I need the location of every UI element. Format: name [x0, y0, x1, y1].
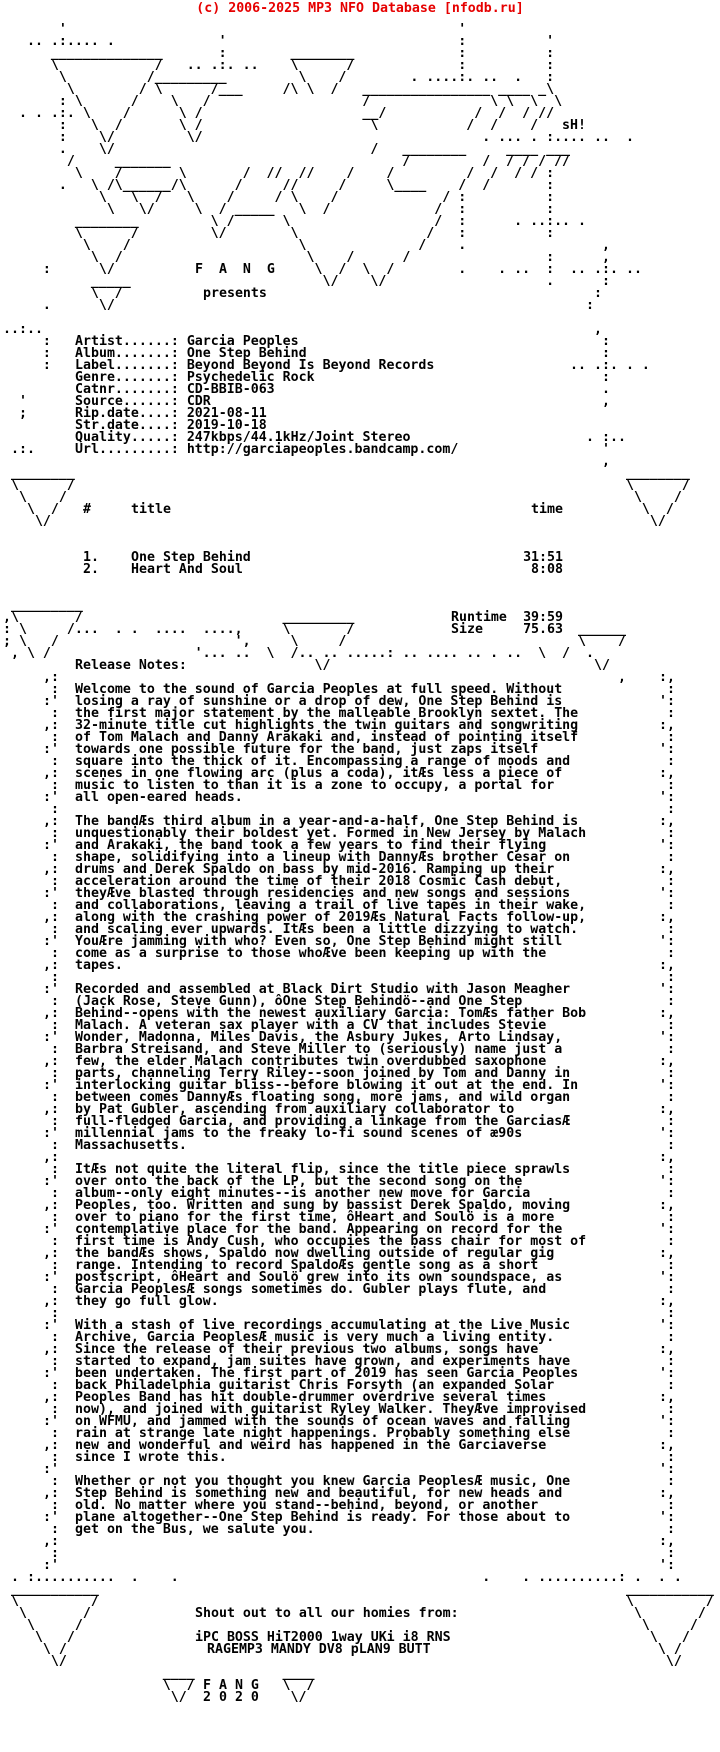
- field-label: Url.........:: [75, 442, 187, 457]
- nfo-page: (c) 2006-2025 MP3 NFO Database [nfodb.ru…: [0, 0, 720, 1752]
- release-url: http://garciapeoples.bandcamp.com/: [187, 442, 459, 457]
- release-notes-paragraph: Whether or not you thought you knew Garc…: [75, 1476, 570, 1536]
- tracklist-header-num: #: [83, 504, 131, 516]
- track-number: 2.: [83, 564, 131, 576]
- ascii-art-top: ' ' .. .:.... . ' : ' ______________ : _…: [3, 24, 642, 336]
- nfodb-banner: (c) 2006-2025 MP3 NFO Database [nfodb.ru…: [0, 3, 720, 15]
- tracklist-header-title: title: [131, 504, 523, 516]
- release-field-url: Url.........: http://garciapeoples.bandc…: [75, 444, 458, 456]
- size-label: Size: [451, 624, 507, 636]
- track-time: 8:08: [523, 564, 563, 576]
- release-notes-paragraph: With a stash of live recordings accumula…: [75, 1320, 586, 1464]
- release-notes-paragraph: Recorded and assembled at Black Dirt Stu…: [75, 984, 586, 1152]
- shoutout-groups-line2: RAGEMP3 MANDY DV8 pLAN9 BUTT: [207, 1644, 431, 1656]
- notes-border-left: ,: : :' : ,: : :' : ,: : :' : ,: : :' : …: [43, 672, 59, 1572]
- shoutout-heading: Shout out to all our homies from:: [195, 1608, 459, 1620]
- size-value: 75.63: [507, 624, 563, 636]
- release-notes-title: Release Notes:: [75, 660, 187, 672]
- release-notes-paragraph: ItÆs not quite the literal flip, since t…: [75, 1164, 586, 1308]
- notes-border-right: :, : ': : :, : ': : :, : ': : :, : ': : …: [659, 672, 675, 1572]
- footer-group-year: 2 0 2 0: [203, 1692, 259, 1704]
- release-notes-paragraph: The bandÆs third album in a year-and-a-h…: [75, 816, 586, 972]
- track-title: Heart And Soul: [131, 564, 523, 576]
- group-presents-label: presents: [203, 288, 267, 300]
- tracklist-header: #titletime: [83, 504, 563, 516]
- release-notes-paragraph: Welcome to the sound of Garcia Peoples a…: [75, 684, 578, 804]
- size-row: Size75.63: [451, 624, 563, 636]
- track-row: 2.Heart And Soul8:08: [83, 564, 563, 576]
- tracklist-header-time: time: [523, 504, 563, 516]
- group-name: F A N G: [195, 264, 275, 276]
- tracklist-triangles-art: ________ ________ \ / \ / \ /: [3, 468, 690, 528]
